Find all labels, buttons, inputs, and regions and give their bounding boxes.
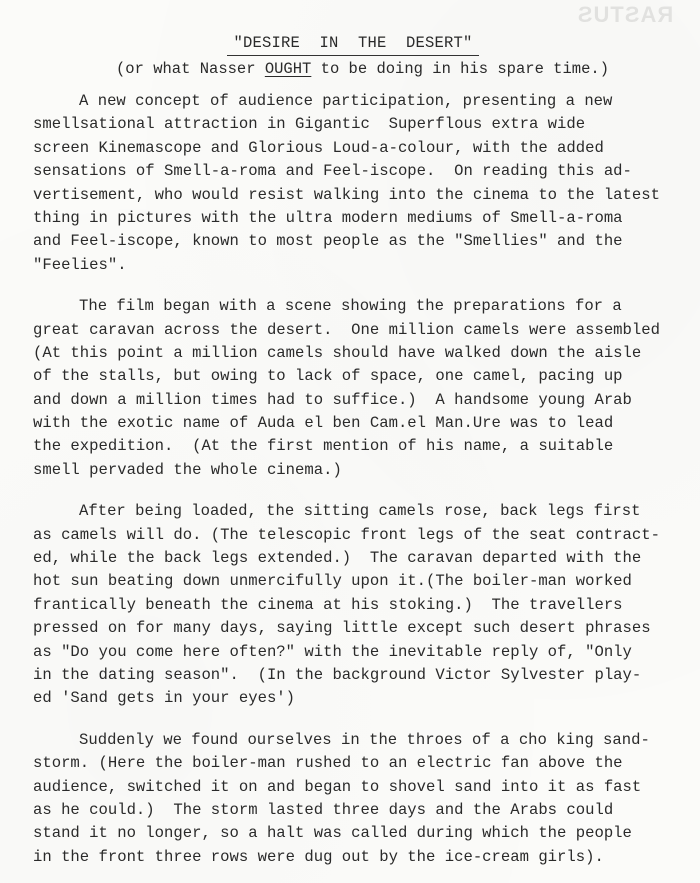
title-text: "DESIRE IN THE DESERT" xyxy=(227,34,478,56)
paragraph: The film began with a scene showing the … xyxy=(33,295,683,482)
text-line: smell pervaded the whole cinema.) xyxy=(33,459,683,482)
text-line: great caravan across the desert. One mil… xyxy=(33,319,683,342)
text-line: sensations of Smell-a-roma and Feel-isco… xyxy=(33,160,683,183)
text-line: frantically beneath the cinema at his st… xyxy=(33,594,683,617)
text-line: (At this point a million camels should h… xyxy=(33,342,683,365)
text-line: as camels will do. (The telescopic front… xyxy=(33,524,683,547)
text-line: stand it no longer, so a halt was called… xyxy=(33,822,683,845)
typewritten-page: RASTUS "DESIRE IN THE DESERT" (or what N… xyxy=(0,0,700,883)
subtitle-emphasis: OUGHT xyxy=(265,60,312,78)
text-line: A new concept of audience participation,… xyxy=(33,90,683,113)
paragraph: A new concept of audience participation,… xyxy=(33,90,683,277)
subtitle-after: to be doing in his spare time.) xyxy=(311,60,609,78)
text-line: of the stalls, but owing to lack of spac… xyxy=(33,365,683,388)
text-line: "Feelies". xyxy=(33,254,683,277)
text-line: in the dating season". (In the backgroun… xyxy=(33,664,683,687)
document-subtitle: (or what Nasser OUGHT to be doing in his… xyxy=(0,60,700,78)
text-line: ed, while the back legs extended.) The c… xyxy=(33,547,683,570)
text-line: screen Kinemascope and Glorious Loud-a-c… xyxy=(33,137,683,160)
text-line: as "Do you come here often?" with the in… xyxy=(33,641,683,664)
text-line: vertisement, who would resist walking in… xyxy=(33,184,683,207)
paragraph: After being loaded, the sitting camels r… xyxy=(33,500,683,711)
text-line: The film began with a scene showing the … xyxy=(33,295,683,318)
text-line: in the front three rows were dug out by … xyxy=(33,846,683,869)
text-line: pressed on for many days, saying little … xyxy=(33,617,683,640)
text-line: the expedition. (At the first mention of… xyxy=(33,435,683,458)
text-line: Suddenly we found ourselves in the throe… xyxy=(33,729,683,752)
paragraph: Suddenly we found ourselves in the throe… xyxy=(33,729,683,869)
text-line: thing in pictures with the ultra modern … xyxy=(33,207,683,230)
text-line: and Feel-iscope, known to most people as… xyxy=(33,230,683,253)
text-line: ed 'Sand gets in your eyes') xyxy=(33,687,683,710)
text-line: audience, switched it on and began to sh… xyxy=(33,776,683,799)
text-line: and down a million times had to suffice.… xyxy=(33,389,683,412)
text-line: smellsational attraction in Gigantic Sup… xyxy=(33,113,683,136)
text-line: with the exotic name of Auda el ben Cam.… xyxy=(33,412,683,435)
text-line: After being loaded, the sitting camels r… xyxy=(33,500,683,523)
text-line: storm. (Here the boiler-man rushed to an… xyxy=(33,752,683,775)
document-title: "DESIRE IN THE DESERT" xyxy=(0,34,700,56)
text-line: as he could.) The storm lasted three day… xyxy=(33,799,683,822)
showthrough-stamp-text: RASTUS xyxy=(560,2,690,28)
document-body: A new concept of audience participation,… xyxy=(33,90,683,883)
subtitle-before: (or what Nasser xyxy=(116,60,265,78)
text-line: hot sun beating down unmercifully upon i… xyxy=(33,570,683,593)
